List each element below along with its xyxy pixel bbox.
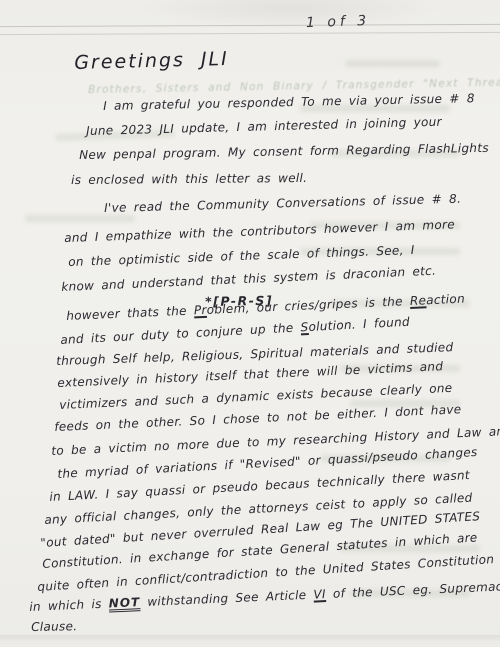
underlined-text-article-vi: VI — [313, 587, 326, 602]
scanner-edge-shadow — [0, 635, 500, 647]
letter-line: New penpal program. My consent form Rega… — [79, 141, 489, 162]
line-text: and its our duty to conjure up the — [60, 320, 301, 347]
line-text: olution. I found — [308, 315, 410, 334]
scan-fold-line — [0, 32, 500, 35]
letter-line: know and understand that this system is … — [61, 264, 436, 294]
bleed-through-smudge — [25, 215, 135, 222]
letter-line: Clause. — [31, 619, 77, 634]
double-underlined-text-not: NOT — [108, 595, 140, 610]
line-text: action — [426, 292, 465, 308]
letter-greeting: Greetings JLI — [74, 48, 229, 74]
underlined-text-reaction: Re — [410, 293, 427, 308]
letter-line: on the optimistic side of the scale of t… — [68, 243, 415, 269]
letter-line: I've read the Community Conversations of… — [104, 192, 461, 215]
letter-line: is enclosed with this letter as well. — [71, 171, 307, 187]
underlined-text-problem: Pr — [194, 303, 207, 318]
bleed-through-smudge — [345, 60, 440, 67]
scan-fold-line — [0, 24, 500, 27]
letter-line: June 2023 JLI update, I am interested in… — [86, 115, 442, 138]
line-text: withstanding See Article — [140, 588, 314, 610]
line-text: in which is — [29, 597, 109, 614]
line-text: however thats the — [66, 303, 194, 323]
scanned-letter-page: 1 of 3 Brothers, Sisters and Non Binary … — [0, 0, 500, 647]
line-text: of the USC eg. Supremacy — [326, 579, 500, 601]
page-number: 1 of 3 — [306, 13, 371, 31]
